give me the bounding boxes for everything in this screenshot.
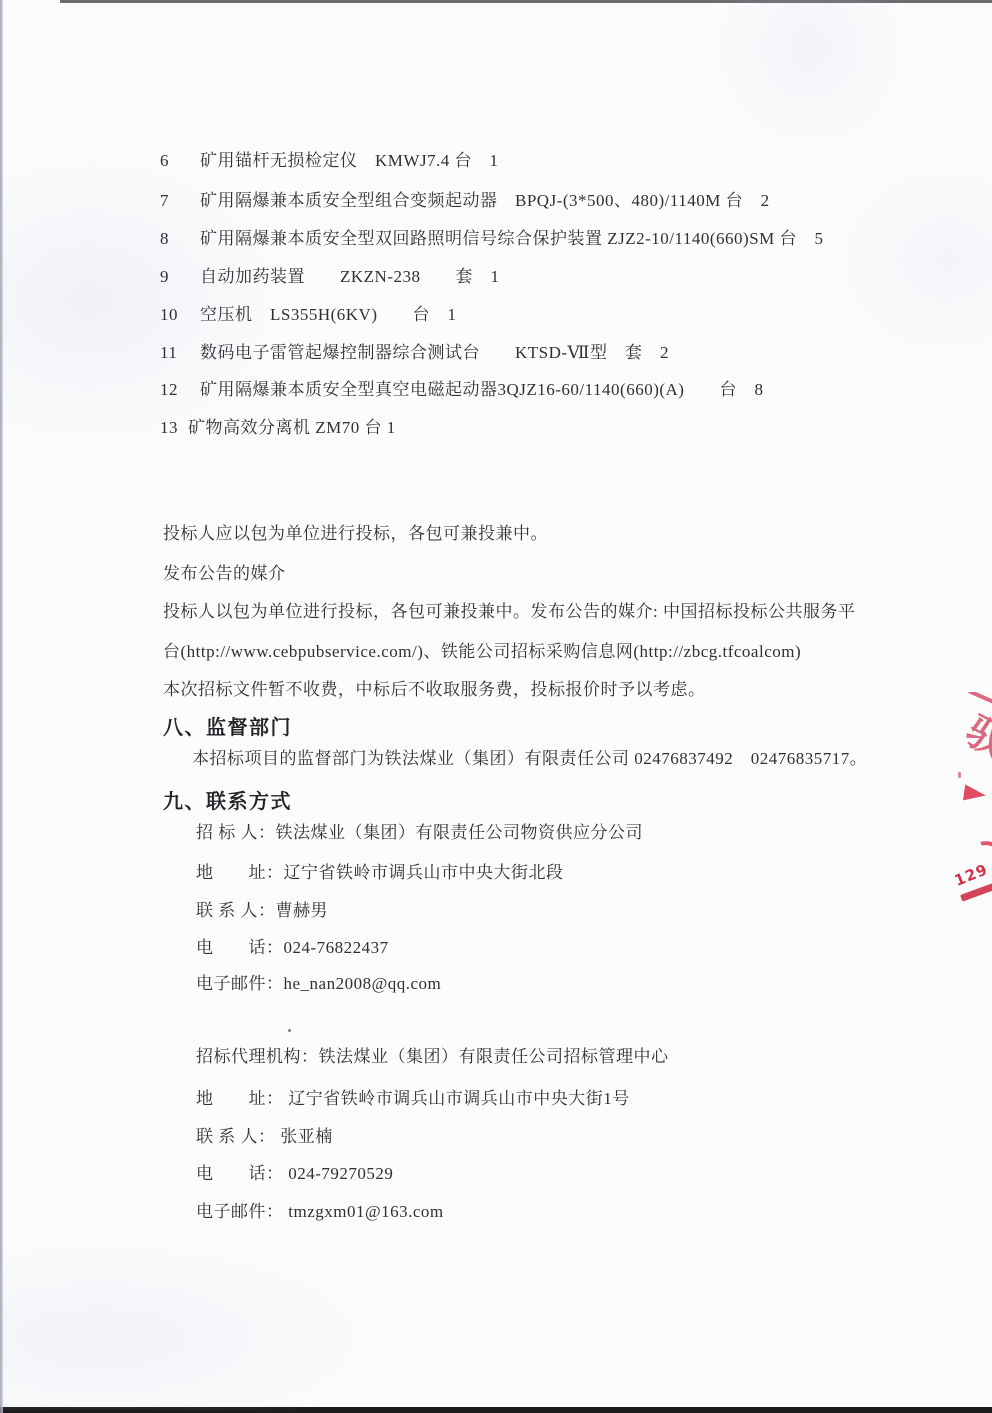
scan-edge-top bbox=[60, 0, 992, 3]
item-text: 矿物高效分离机 ZM70 台 1 bbox=[188, 418, 396, 437]
equipment-item: 7矿用隔爆兼本质安全型组合变频起动器 BPQJ-(3*500、480)/1140… bbox=[160, 190, 770, 212]
paragraph-media-title: 发布公告的媒介 bbox=[163, 563, 286, 585]
item-text: 自动加药装置 ZKZN-238 套 1 bbox=[200, 267, 499, 286]
tenderer-contact-person-line: 联 系 人：曹赫男 bbox=[196, 900, 328, 922]
item-text: 数码电子雷管起爆控制器综合测试台 KTSD-Ⅶ型 套 2 bbox=[200, 343, 669, 362]
paragraph-media-line2-urls: 台(http://www.cebpubservice.com/)、铁能公司招标采… bbox=[163, 641, 801, 663]
agency-address-line: 地 址： 辽宁省铁岭市调兵山市调兵山市中央大街1号 bbox=[196, 1088, 630, 1110]
scan-speck bbox=[288, 1029, 291, 1032]
item-number: 10 bbox=[160, 304, 200, 326]
item-number: 6 bbox=[160, 150, 200, 172]
equipment-item: 6矿用锚杆无损检定仪 KMWJ7.4 台 1 bbox=[160, 150, 499, 172]
scan-noise bbox=[820, 150, 992, 370]
stamp-arrow-icon bbox=[963, 785, 987, 804]
item-text: 矿用锚杆无损检定仪 KMWJ7.4 台 1 bbox=[200, 151, 499, 170]
scan-edge-left bbox=[0, 0, 3, 1413]
tenderer-address-line: 地 址：辽宁省铁岭市调兵山市中央大街北段 bbox=[196, 862, 564, 884]
item-number: 11 bbox=[160, 342, 200, 364]
equipment-item: 13矿物高效分离机 ZM70 台 1 bbox=[160, 417, 396, 439]
item-number: 12 bbox=[160, 379, 200, 401]
item-text: 空压机 LS355H(6KV) 台 1 bbox=[200, 305, 457, 324]
item-number: 9 bbox=[160, 266, 200, 288]
item-number: 13 bbox=[160, 417, 188, 439]
section-heading-supervision: 八、监督部门 bbox=[163, 711, 292, 740]
paragraph-media-line1: 投标人以包为单位进行投标，各包可兼投兼中。发布公告的媒介: 中国招标投标公共服务… bbox=[163, 601, 855, 623]
item-number: 8 bbox=[160, 228, 200, 250]
section-heading-contact: 九、联系方式 bbox=[163, 785, 292, 814]
scan-edge-bottom bbox=[0, 1407, 992, 1413]
tenderer-email-line: 电子邮件：he_nan2008@qq.com bbox=[196, 973, 441, 995]
item-text: 矿用隔爆兼本质安全型组合变频起动器 BPQJ-(3*500、480)/1140M… bbox=[200, 191, 770, 210]
scanned-tender-document-page: 6矿用锚杆无损检定仪 KMWJ7.4 台 1 7矿用隔爆兼本质安全型组合变频起动… bbox=[0, 0, 992, 1413]
equipment-item: 11数码电子雷管起爆控制器综合测试台 KTSD-Ⅶ型 套 2 bbox=[160, 342, 669, 364]
paragraph-fees: 本次招标文件暂不收费，中标后不收取服务费，投标报价时予以考虑。 bbox=[163, 679, 706, 701]
equipment-item: 10空压机 LS355H(6KV) 台 1 bbox=[160, 304, 457, 326]
tenderer-name-line: 招 标 人：铁法煤业（集团）有限责任公司物资供应分公司 bbox=[196, 822, 643, 844]
scan-noise bbox=[0, 1230, 400, 1410]
item-number: 7 bbox=[160, 190, 200, 212]
item-text: 矿用隔爆兼本质安全型双回路照明信号综合保护装置 ZJZ2-10/1140(660… bbox=[200, 229, 824, 248]
equipment-item: 12矿用隔爆兼本质安全型真空电磁起动器3QJZ16-60/1140(660)(A… bbox=[160, 379, 763, 401]
agency-phone-line: 电 话： 024-79270529 bbox=[196, 1163, 393, 1185]
agency-name-line: 招标代理机构：铁法煤业（集团）有限责任公司招标管理中心 bbox=[196, 1046, 669, 1068]
equipment-item: 9自动加药装置 ZKZN-238 套 1 bbox=[160, 266, 499, 288]
agency-contact-person-line: 联 系 人： 张亚楠 bbox=[196, 1126, 333, 1148]
agency-email-line: 电子邮件： tmzgxm01@163.com bbox=[196, 1201, 444, 1223]
scan-noise bbox=[700, 0, 920, 160]
tenderer-phone-line: 电 话：024-76822437 bbox=[196, 937, 389, 959]
stamp-character-icon: 驭 bbox=[957, 700, 992, 769]
supervision-body: 本招标项目的监督部门为铁法煤业（集团）有限责任公司 02476837492 02… bbox=[192, 748, 867, 770]
equipment-item: 8矿用隔爆兼本质安全型双回路照明信号综合保护装置 ZJZ2-10/1140(66… bbox=[160, 228, 824, 250]
red-stamp-fragment: 驭 129 bbox=[948, 692, 992, 927]
item-text: 矿用隔爆兼本质安全型真空电磁起动器3QJZ16-60/1140(660)(A) … bbox=[200, 380, 763, 399]
scan-noise bbox=[0, 140, 300, 460]
paragraph-bid-by-package: 投标人应以包为单位进行投标，各包可兼投兼中。 bbox=[163, 523, 548, 545]
stamp-speck-icon bbox=[958, 772, 961, 778]
